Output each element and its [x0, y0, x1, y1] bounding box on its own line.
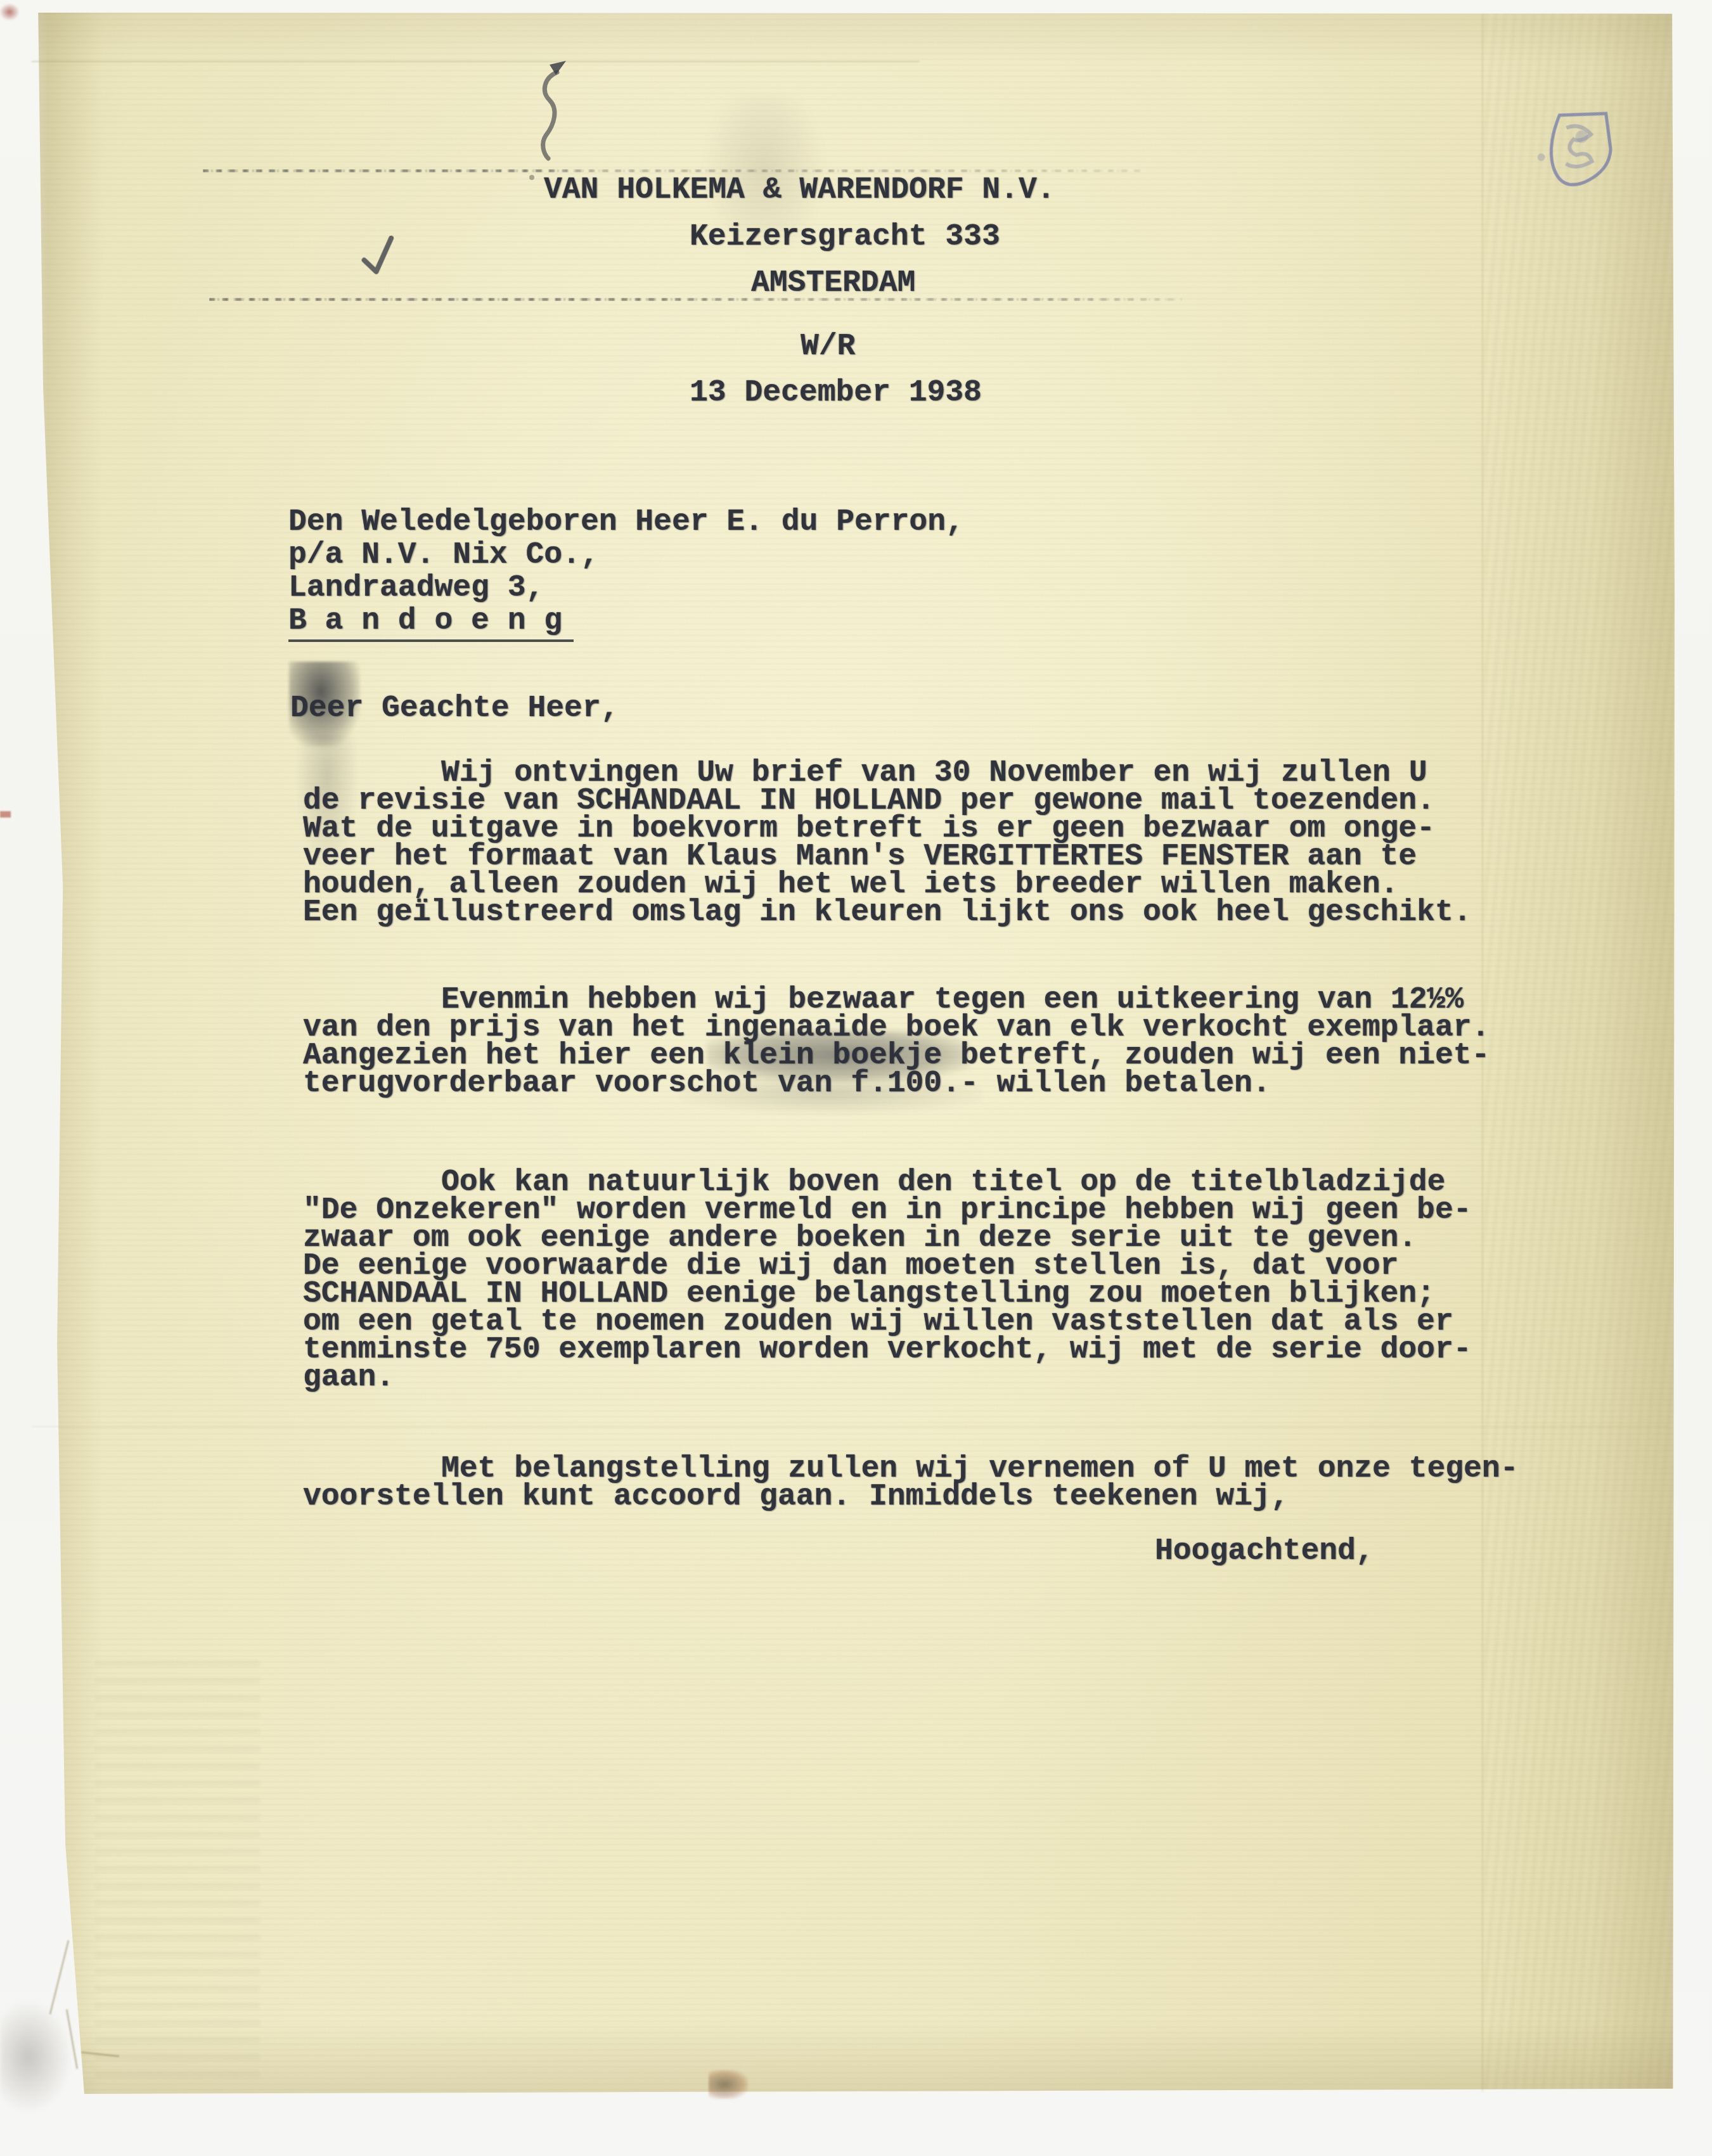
paragraph-2: Evenmin hebben wij bezwaar tegen een uit…	[303, 986, 1533, 1098]
recipient-care-of: p/a N.V. Nix Co.,	[288, 539, 599, 572]
letterhead-street: Keizersgracht 333	[690, 223, 1000, 251]
scan-background: VAN HOLKEMA & WARENDORF N.V. Keizersgrac…	[0, 0, 1712, 2156]
letterhead-reference: W/R	[801, 333, 855, 361]
red-corner-mark	[0, 4, 19, 20]
paragraph-3: Ook kan natuurlijk boven den titel op de…	[303, 1169, 1533, 1392]
dotted-rule-top	[203, 169, 1141, 172]
letterhead-company: VAN HOLKEMA & WARENDORF N.V.	[544, 176, 1055, 204]
horizontal-crease-top	[32, 61, 919, 62]
letterhead-date: 13 December 1938	[690, 379, 982, 407]
recipient-name: Den Weledelgeboren Heer E. du Perron,	[288, 506, 964, 539]
scanner-edge-smudge	[0, 2001, 71, 2112]
crumple-line	[49, 1940, 70, 2014]
red-edge-mark	[0, 811, 11, 818]
blue-ink-stamp-icon	[1528, 98, 1627, 202]
check-mark	[356, 231, 401, 281]
salutation: Deer Geachte Heer,	[290, 695, 619, 722]
recipient-city-underlined: B a n d o e n g	[288, 605, 574, 642]
recipient-city: B a n d o e n g	[288, 605, 574, 642]
letterhead-city: AMSTERDAM	[751, 269, 915, 297]
horizontal-crease-middle	[32, 1426, 1667, 1427]
paragraph-1: Wij ontvingen Uw brief van 30 November e…	[303, 759, 1533, 927]
ghost-print-band	[95, 1660, 260, 2079]
pencil-squiggle-mark	[517, 58, 593, 185]
dotted-rule-under-city	[209, 298, 1182, 301]
paper-left-fold-edge	[29, 13, 48, 2094]
closing: Hoogachtend,	[1155, 1537, 1374, 1565]
crumple-line	[66, 2009, 78, 2069]
recipient-street: Landraadweg 3,	[288, 572, 544, 605]
paragraph-4: Met belangstelling zullen wij vernemen o…	[303, 1455, 1533, 1511]
